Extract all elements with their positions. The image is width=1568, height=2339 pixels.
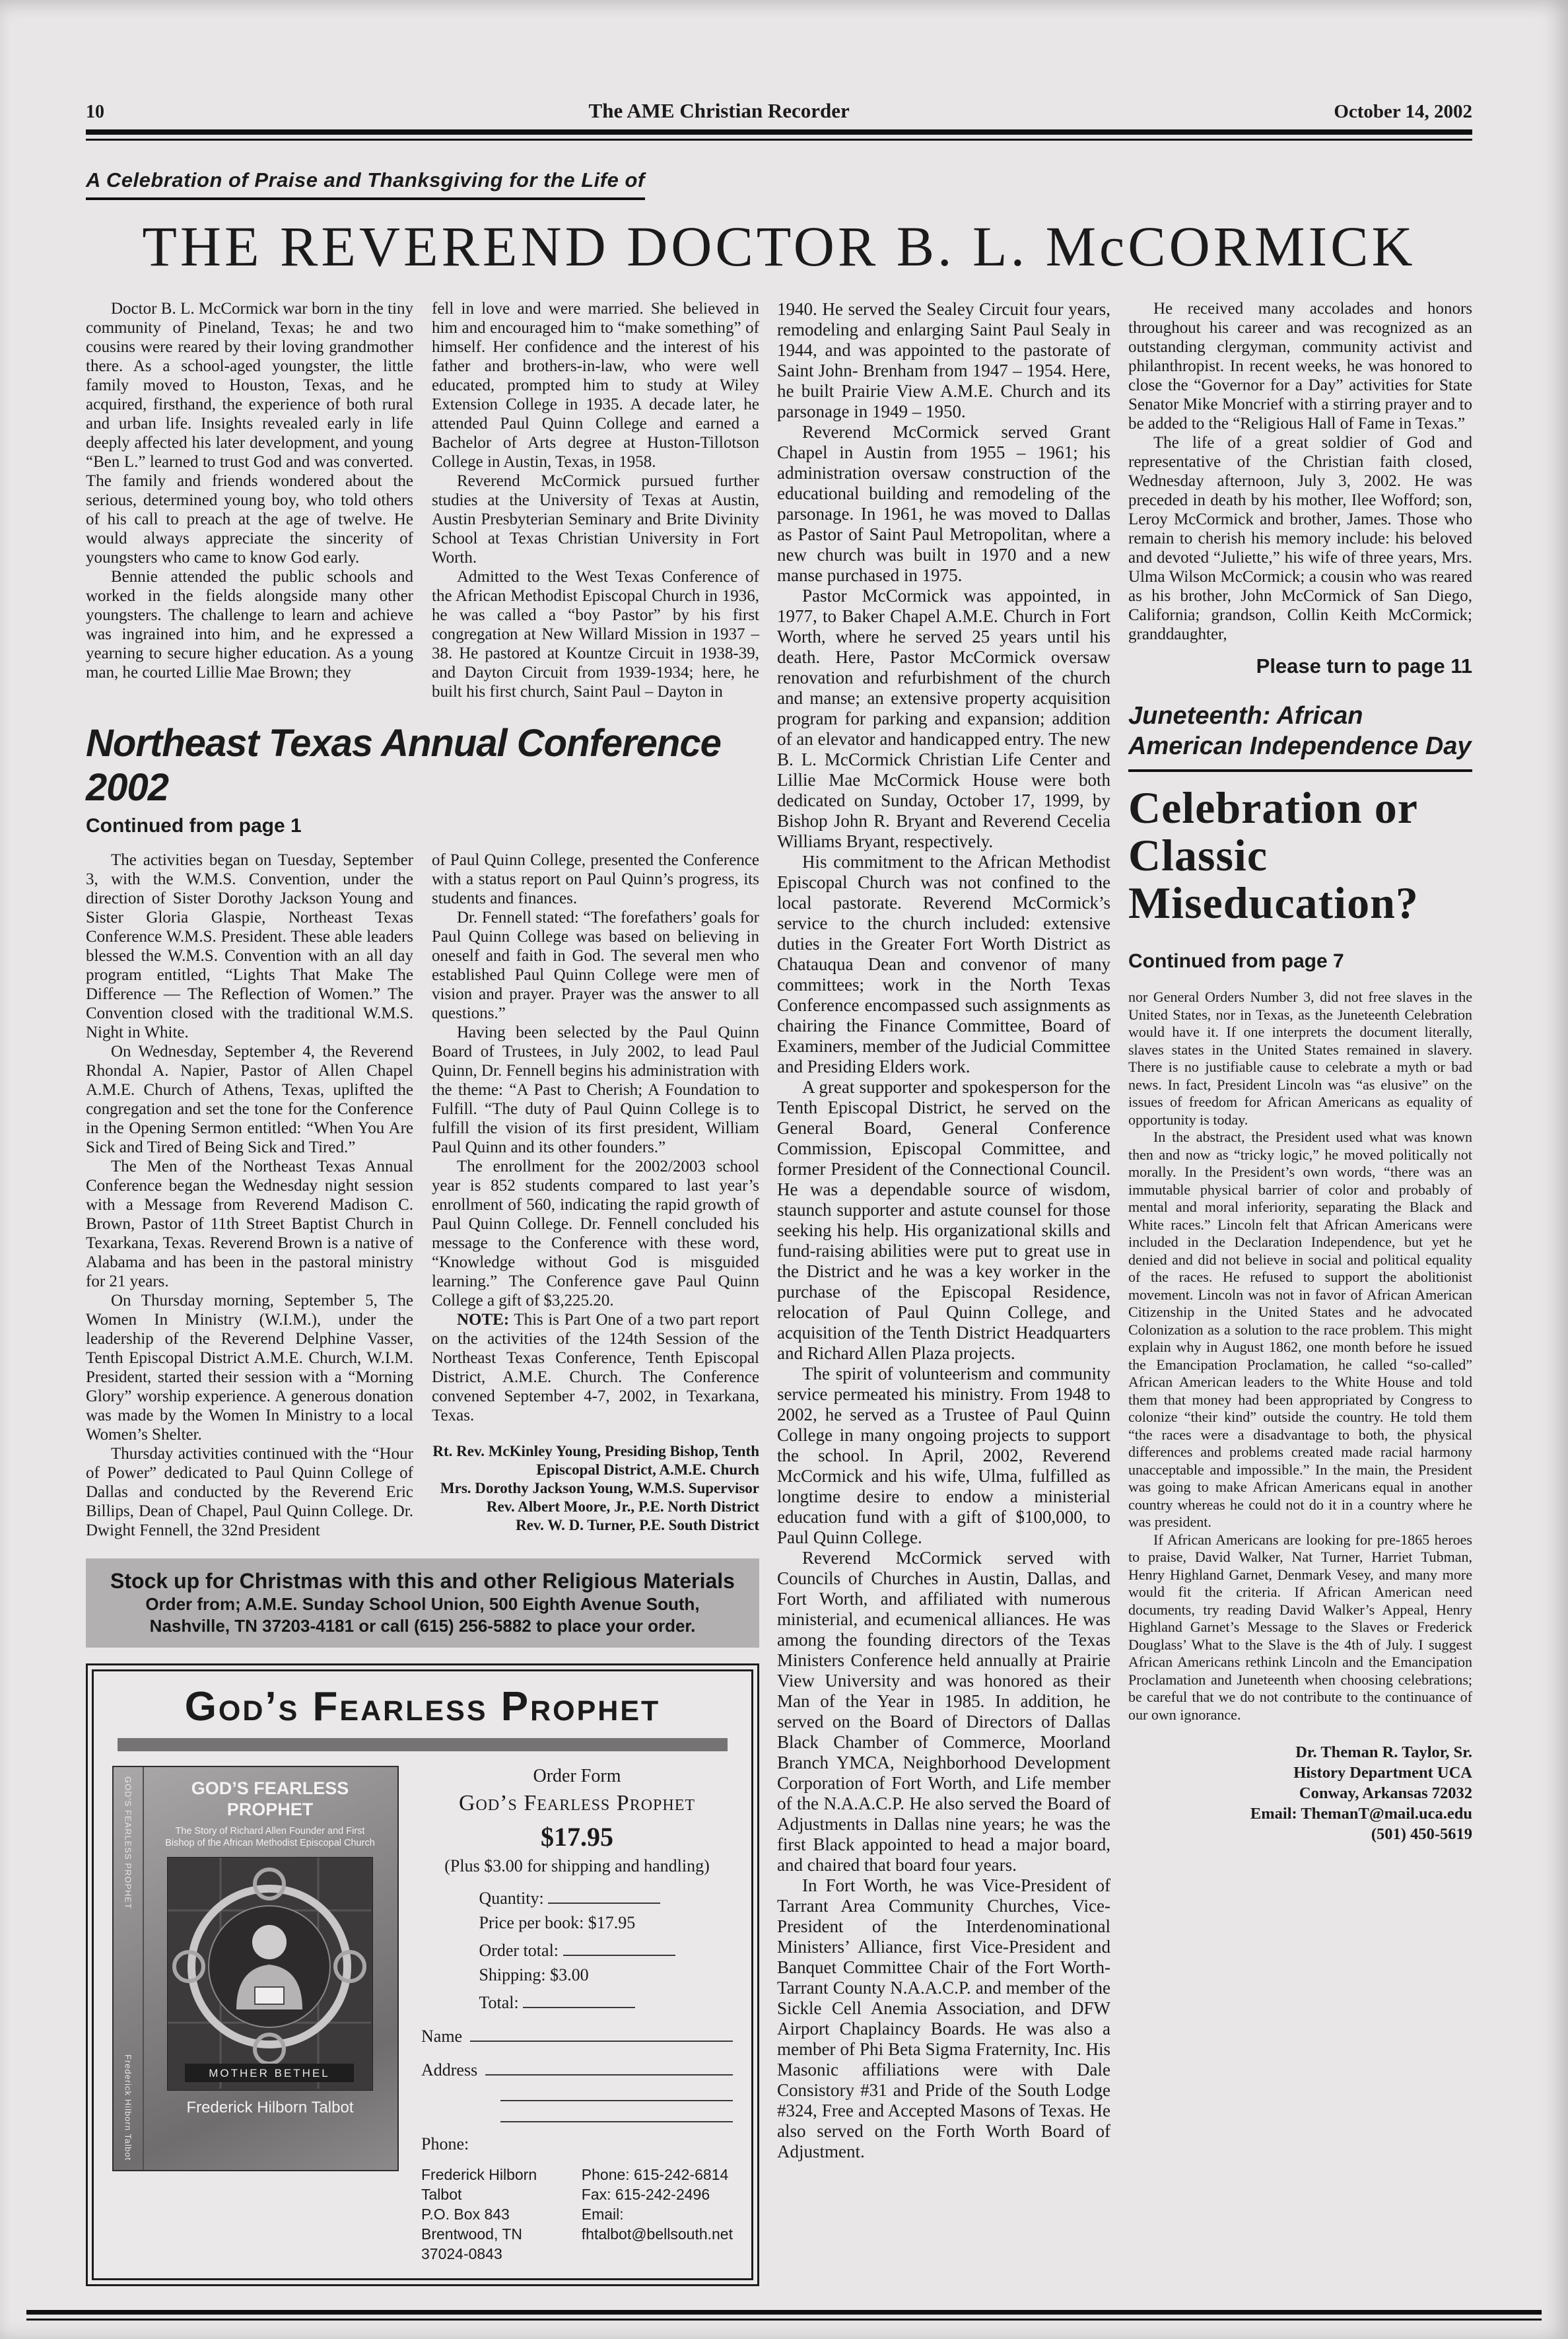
paragraph: Reverend McCormick served Grant Chapel i… — [777, 422, 1110, 586]
right-pane: He received many accolades and honors th… — [1128, 299, 1472, 1844]
paragraph: Reverend McCormick served with Councils … — [777, 1548, 1110, 1875]
christmas-ad-line: Order from; A.M.E. Sunday School Union, … — [103, 1593, 742, 1615]
paragraph: On Wednesday, September 4, the Reverend … — [86, 1042, 413, 1157]
paragraph: In Fort Worth, he was Vice-President of … — [777, 1875, 1110, 2162]
paragraph: Doctor B. L. McCormick war born in the t… — [86, 299, 413, 567]
editor-note: NOTE: This is Part One of a two part rep… — [432, 1310, 759, 1425]
paragraph: The enrollment for the 2002/2003 school … — [432, 1157, 759, 1310]
signature-line: Dr. Theman R. Taylor, Sr. — [1128, 1742, 1472, 1763]
turn-to-page-note: Please turn to page 11 — [1128, 654, 1472, 678]
publication-title: The AME Christian Recorder — [589, 99, 850, 123]
spine-author: Frederick Hilborn Talbot — [123, 2054, 133, 2161]
order-total-label: Order total: — [479, 1941, 559, 1960]
blank-line — [470, 2023, 733, 2042]
book-cover-face: GOD’S FEARLESS PROPHET The Story of Rich… — [143, 1767, 397, 2170]
page-bottom-rule — [26, 2310, 1542, 2321]
book-cover-author: Frederick Hilborn Talbot — [187, 2099, 354, 2117]
spine-title: GOD’S FEARLESS PROPHET — [123, 1776, 133, 1909]
book-cover-subtitle: The Story of Richard Allen Founder and F… — [161, 1825, 379, 1849]
signature-line: History Department UCA — [1128, 1763, 1472, 1783]
order-form-rows: Quantity: Price per book: $17.95 Order t… — [479, 1885, 675, 2013]
conference-col-2: of Paul Quinn College, presented the Con… — [432, 851, 759, 1540]
contact-phone: Phone: 615-242-6814 — [582, 2165, 733, 2184]
paragraph: His commitment to the African Methodist … — [777, 852, 1110, 1077]
juneteenth-signature-block: Dr. Theman R. Taylor, Sr. History Depart… — [1128, 1742, 1472, 1844]
paragraph: If African Americans are looking for pre… — [1128, 1531, 1472, 1724]
conference-credits: Rt. Rev. McKinley Young, Presiding Bisho… — [432, 1442, 759, 1535]
paragraph: Admitted to the West Texas Conference of… — [432, 567, 759, 701]
credit-line: Rev. W. D. Turner, P.E. South District — [432, 1516, 759, 1535]
order-form-price: $17.95 — [421, 1821, 733, 1852]
issue-date: October 14, 2002 — [1334, 101, 1472, 123]
window-text: MOTHER BETHEL — [209, 2067, 330, 2079]
juneteenth-kicker-rule — [1128, 769, 1472, 772]
paragraph: He received many accolades and honors th… — [1128, 299, 1472, 433]
left-pane: Doctor B. L. McCormick war born in the t… — [86, 299, 759, 2286]
juneteenth-body: nor General Orders Number 3, did not fre… — [1128, 989, 1472, 1724]
prophet-ad: God’s Fearless Prophet GOD’S FEARLESS PR… — [86, 1663, 759, 2286]
contact-numbers: Phone: 615-242-6814 Fax: 615-242-2496 Em… — [582, 2165, 733, 2264]
paragraph: In the abstract, the President used what… — [1128, 1129, 1472, 1531]
name-field: Name — [421, 2023, 733, 2046]
mccormick-kicker: A Celebration of Praise and Thanksgiving… — [86, 168, 645, 200]
paragraph: Thursday activities continued with the “… — [86, 1444, 413, 1540]
conference-headline: Northeast Texas Annual Conference 2002 — [86, 721, 759, 810]
contact-name: Frederick Hilborn Talbot — [421, 2165, 570, 2204]
signature-line: Email: ThemanT@mail.uca.edu — [1128, 1803, 1472, 1824]
blank-line — [563, 1938, 675, 1956]
paragraph: The activities began on Tuesday, Septemb… — [86, 851, 413, 1042]
conference-continued-from: Continued from page 1 — [86, 815, 759, 837]
prophet-ad-divider — [118, 1738, 728, 1751]
address-field: Address — [421, 2057, 733, 2080]
prophet-ad-inner: God’s Fearless Prophet GOD’S FEARLESS PR… — [92, 1669, 753, 2280]
mccormick-col-2: fell in love and were married. She belie… — [432, 299, 759, 701]
contact-email: Email: fhtalbot@bellsouth.net — [582, 2204, 733, 2244]
paragraph: The life of a great soldier of God and r… — [1128, 433, 1472, 644]
mccormick-col-4: He received many accolades and honors th… — [1128, 299, 1472, 644]
juneteenth-kicker: Juneteenth: African American Independenc… — [1128, 701, 1472, 761]
quantity-label: Quantity: — [479, 1889, 543, 1908]
juneteenth-headline: Celebration or Classic Miseducation? — [1128, 784, 1472, 926]
total-label: Total: — [479, 1993, 518, 2012]
paragraph: of Paul Quinn College, presented the Con… — [432, 851, 759, 908]
paragraph: Reverend McCormick pursued further studi… — [432, 471, 759, 567]
paragraph: The Men of the Northeast Texas Annual Co… — [86, 1157, 413, 1291]
paragraph: Dr. Fennell stated: “The forefathers’ go… — [432, 908, 759, 1023]
juneteenth-continued-from: Continued from page 7 — [1128, 950, 1472, 973]
prophet-ad-title: God’s Fearless Prophet — [112, 1683, 733, 1730]
masthead: 10 The AME Christian Recorder October 14… — [86, 99, 1472, 123]
mccormick-kicker-row: A Celebration of Praise and Thanksgiving… — [86, 168, 1472, 200]
page-number: 10 — [86, 102, 104, 123]
paragraph: A great supporter and spokesperson for t… — [777, 1077, 1110, 1364]
christmas-ad: Stock up for Christmas with this and oth… — [86, 1558, 759, 1648]
masthead-rule — [86, 129, 1472, 141]
paragraph: Bennie attended the public schools and w… — [86, 567, 413, 682]
blank-line — [548, 1885, 660, 1904]
paragraph: On Thursday morning, September 5, The Wo… — [86, 1291, 413, 1444]
christmas-ad-line: Nashville, TN 37203-4181 or call (615) 2… — [103, 1615, 742, 1637]
stained-glass-window-icon: MOTHER BETHEL — [167, 1857, 373, 2091]
conference-header: Northeast Texas Annual Conference 2002 C… — [86, 721, 759, 837]
credit-line: Mrs. Dorothy Jackson Young, W.M.S. Super… — [432, 1479, 759, 1498]
contact-po-box: P.O. Box 843 — [421, 2204, 570, 2224]
shipping-field: Shipping: $3.00 — [479, 1965, 675, 1985]
order-total-field: Order total: — [479, 1938, 675, 1961]
credit-line: Rev. Albert Moore, Jr., P.E. North Distr… — [432, 1498, 759, 1516]
address-label: Address — [421, 2060, 477, 2080]
page-columns: Doctor B. L. McCormick war born in the t… — [86, 299, 1472, 2286]
mccormick-article-left: Doctor B. L. McCormick war born in the t… — [86, 299, 759, 701]
prophet-ad-content: GOD’S FEARLESS PROPHET Frederick Hilborn… — [112, 1766, 733, 2264]
book-spine: GOD’S FEARLESS PROPHET Frederick Hilborn… — [114, 1767, 144, 2170]
price-per-book-label: Price per book: — [479, 1913, 584, 1932]
order-form: Order Form God’s Fearless Prophet $17.95… — [421, 1766, 733, 2264]
book-cover: GOD’S FEARLESS PROPHET Frederick Hilborn… — [112, 1766, 399, 2171]
book-cover-title: GOD’S FEARLESS PROPHET — [151, 1778, 390, 1820]
blank-line — [485, 2057, 733, 2076]
blank-line — [523, 1990, 635, 2008]
credit-line: Rt. Rev. McKinley Young, Presiding Bisho… — [432, 1442, 759, 1479]
blank-line — [500, 2101, 733, 2122]
paragraph: 1940. He served the Sealey Circuit four … — [777, 299, 1110, 422]
note-label: NOTE: — [457, 1311, 509, 1329]
conference-col-1: The activities began on Tuesday, Septemb… — [86, 851, 413, 1540]
phone-field: Phone: — [421, 2134, 733, 2154]
contact-block: Frederick Hilborn Talbot P.O. Box 843 Br… — [421, 2165, 733, 2264]
paragraph: Pastor McCormick was appointed, in 1977,… — [777, 586, 1110, 852]
newspaper-page: 10 The AME Christian Recorder October 14… — [0, 0, 1568, 2339]
contact-fax: Fax: 615-242-2496 — [582, 2184, 733, 2204]
mccormick-col-3: 1940. He served the Sealey Circuit four … — [777, 299, 1110, 2162]
blank-line — [500, 2080, 733, 2101]
signature-line: (501) 450-5619 — [1128, 1824, 1472, 1844]
conference-article: The activities began on Tuesday, Septemb… — [86, 851, 759, 1540]
quantity-field: Quantity: — [479, 1885, 675, 1908]
shipping-value: $3.00 — [550, 1965, 589, 1984]
paragraph: Having been selected by the Paul Quinn B… — [432, 1023, 759, 1157]
order-form-book-title: God’s Fearless Prophet — [421, 1791, 733, 1816]
order-form-heading: Order Form — [421, 1766, 733, 1787]
mccormick-headline: THE REVEREND DOCTOR B. L. McCORMICK — [86, 213, 1472, 279]
price-per-book-value: $17.95 — [588, 1913, 636, 1932]
signature-line: Conway, Arkansas 72032 — [1128, 1783, 1472, 1803]
name-label: Name — [421, 2027, 462, 2046]
contact-city: Brentwood, TN 37024-0843 — [421, 2224, 570, 2264]
mccormick-col-1: Doctor B. L. McCormick war born in the t… — [86, 299, 413, 701]
contact-address: Frederick Hilborn Talbot P.O. Box 843 Br… — [421, 2165, 570, 2264]
order-form-shipping-note: (Plus $3.00 for shipping and handling) — [421, 1856, 733, 1876]
price-per-book-field: Price per book: $17.95 — [479, 1913, 675, 1933]
shipping-label: Shipping: — [479, 1965, 545, 1984]
paragraph: The spirit of volunteerism and community… — [777, 1364, 1110, 1548]
paragraph: fell in love and were married. She belie… — [432, 299, 759, 471]
total-field: Total: — [479, 1990, 675, 2013]
christmas-ad-title: Stock up for Christmas with this and oth… — [103, 1569, 742, 1593]
paragraph: nor General Orders Number 3, did not fre… — [1128, 989, 1472, 1129]
